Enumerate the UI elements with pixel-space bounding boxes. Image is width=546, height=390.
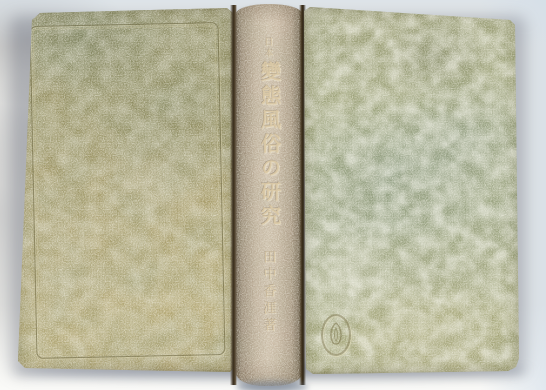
front-cover bbox=[303, 6, 521, 374]
spine-author-text: 田中香涯著 bbox=[260, 250, 279, 335]
spine-tail-shadow bbox=[236, 381, 308, 390]
back-cover-edge-shading bbox=[15, 6, 235, 372]
back-cover bbox=[15, 6, 235, 372]
spine-text-column: 日本 變態風俗の研究 田中香涯著 bbox=[236, 4, 302, 386]
hinge-groove-left bbox=[230, 5, 237, 385]
spine-title-text: 變態風俗の研究 bbox=[255, 61, 284, 229]
spine: 日本 變態風俗の研究 田中香涯著 bbox=[236, 4, 302, 386]
photo-canvas: 日本 變態風俗の研究 田中香涯著 bbox=[0, 0, 546, 390]
spine-series-text: 日本 bbox=[263, 37, 276, 59]
front-cover-edge-shading bbox=[303, 6, 521, 374]
